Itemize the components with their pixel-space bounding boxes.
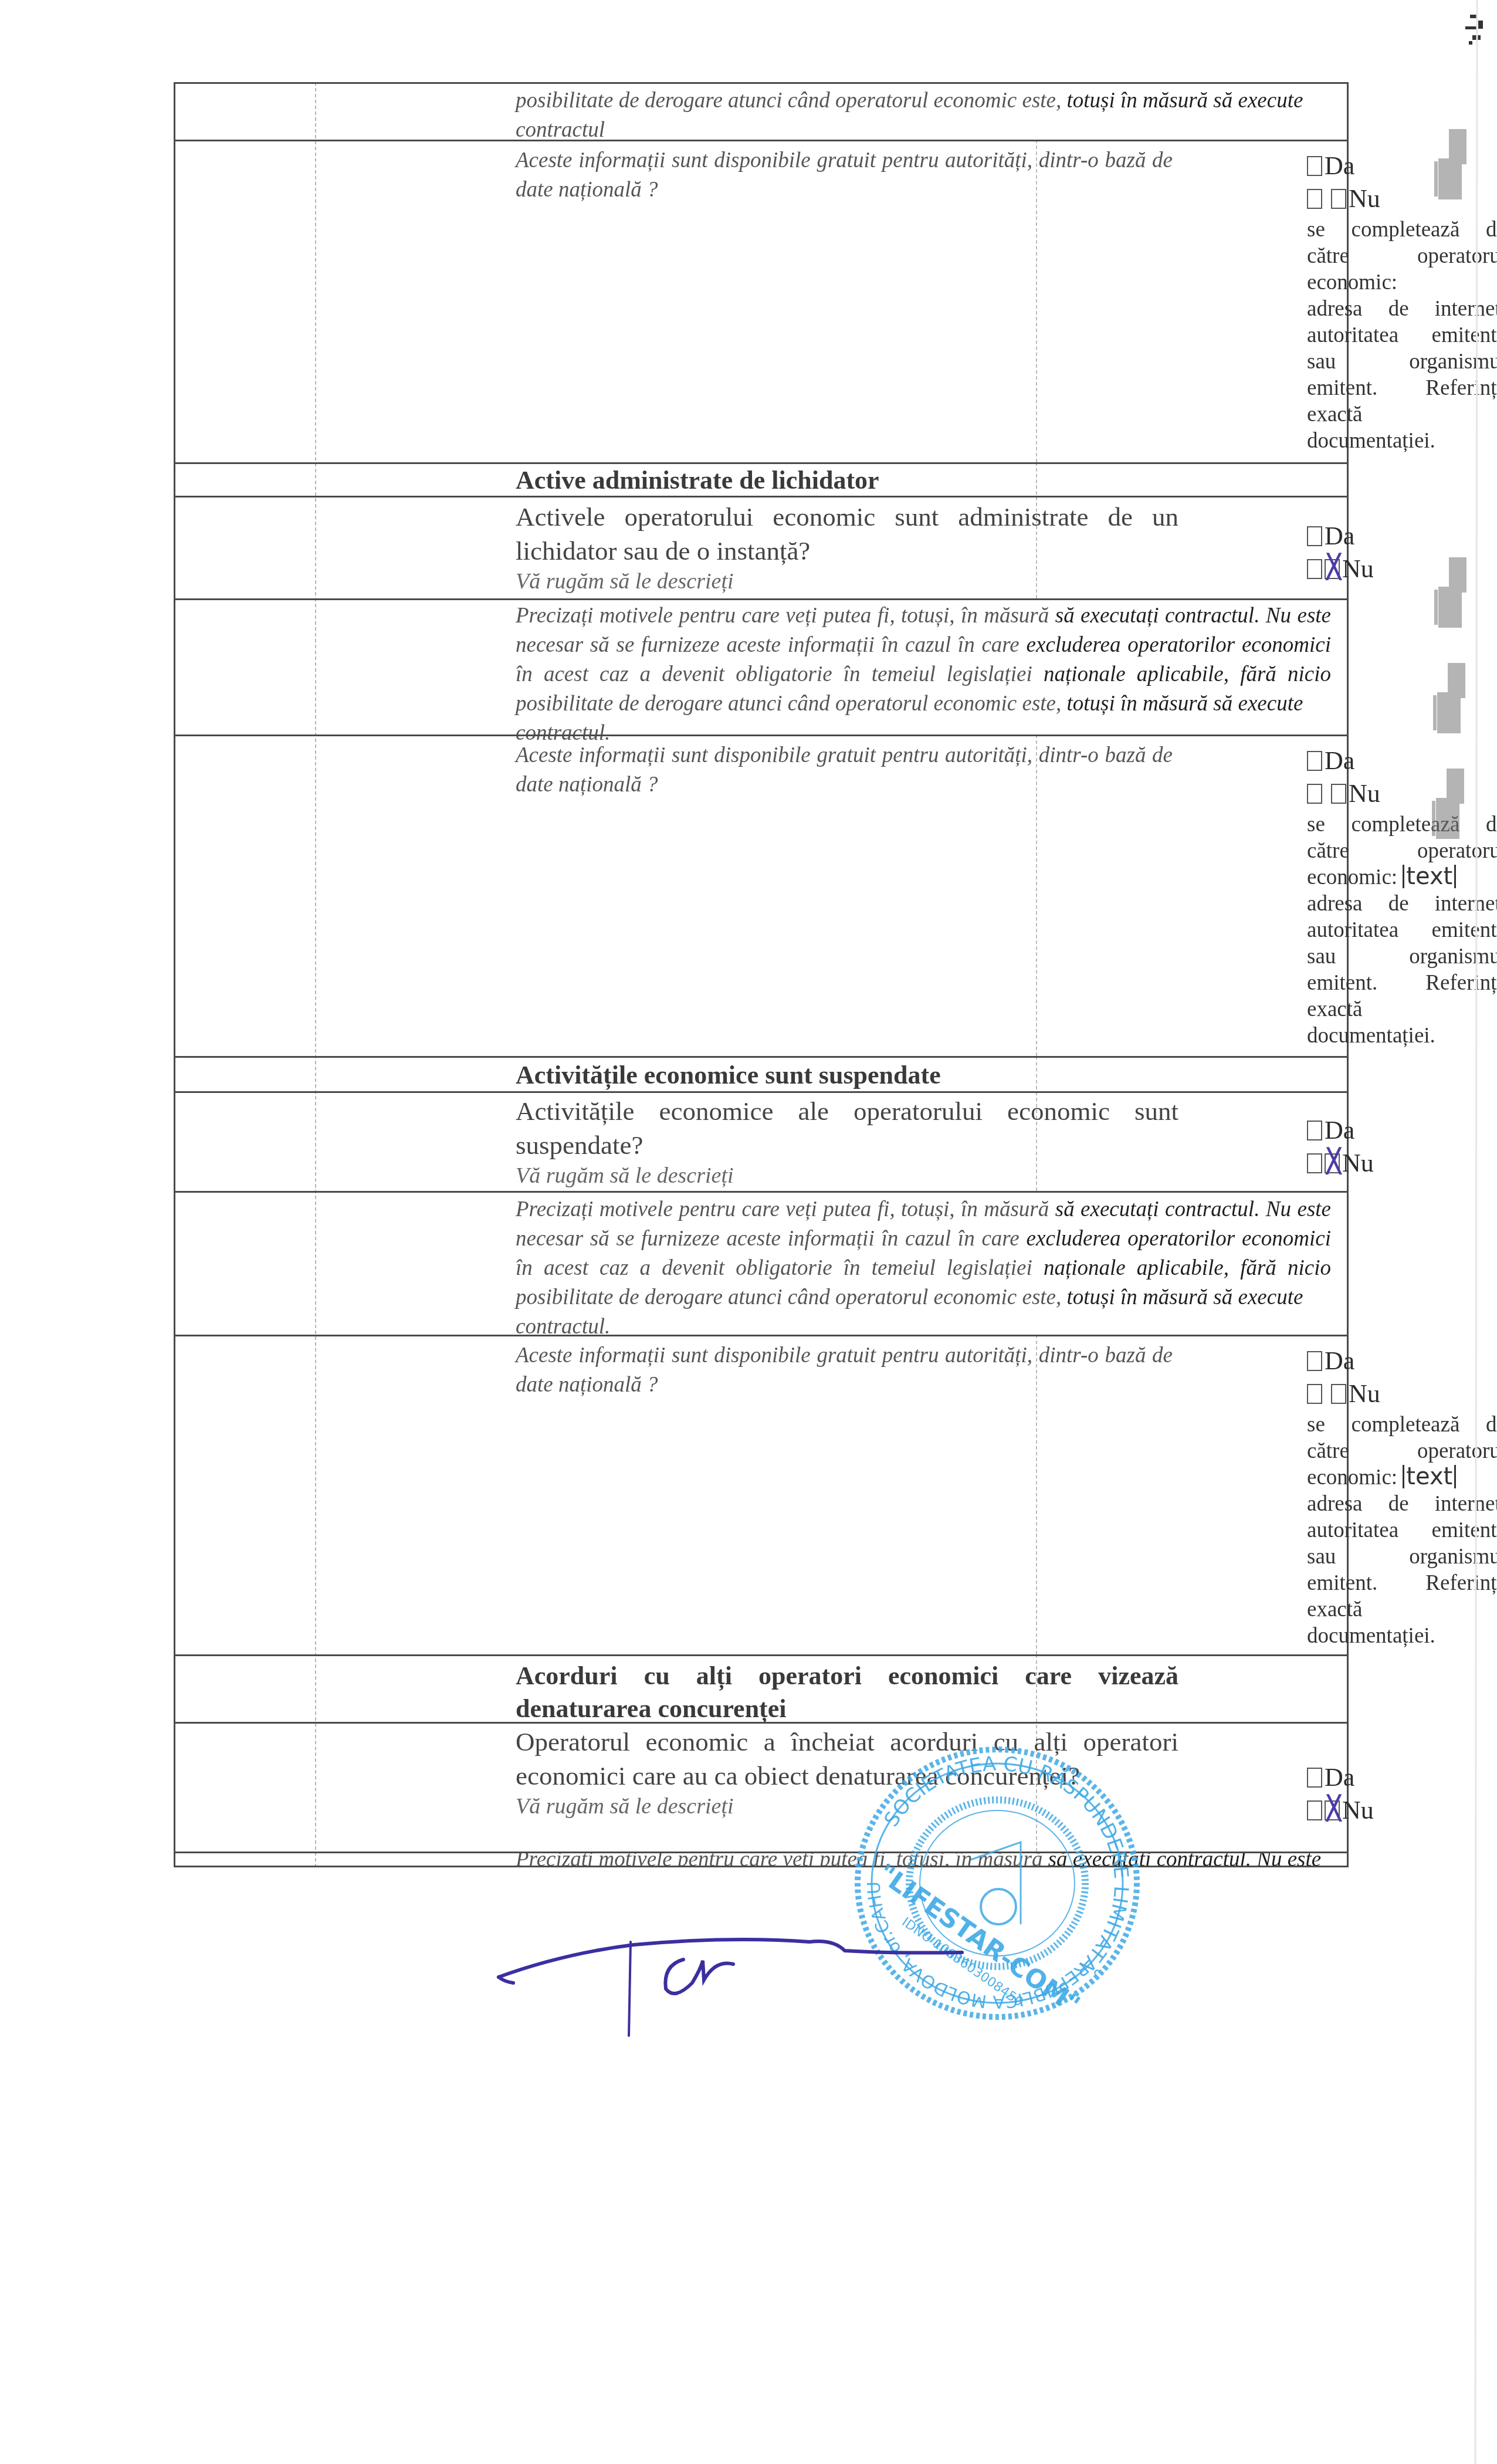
checkbox[interactable] — [1307, 751, 1322, 771]
checkbox[interactable] — [1307, 189, 1322, 209]
table-row: Precizați motivele pentru care veți pute… — [174, 1191, 1348, 1335]
availability-question: Aceste informații sunt disponibile gratu… — [516, 1341, 1173, 1400]
table-row: Activitățile economice ale operatorului … — [174, 1091, 1348, 1191]
checkbox-checked[interactable] — [1325, 1800, 1340, 1820]
table-row: Acorduri cu alți operatori economici car… — [174, 1654, 1348, 1722]
section-heading: Active administrate de lichidator — [516, 464, 1178, 497]
table-row: Operatorul economic a încheiat acorduri … — [174, 1722, 1348, 1852]
section-question-block: Activele operatorului economic sunt admi… — [516, 500, 1178, 595]
section-question: Activele operatorului economic sunt admi… — [516, 500, 1178, 568]
section-hint: Vă rugăm să le descrieți — [516, 568, 1178, 595]
table-row: Precizați motivele pentru care veți pute… — [174, 598, 1348, 735]
table-row: posibilitate de derogare atunci când ope… — [174, 82, 1348, 140]
checkbox[interactable] — [1331, 189, 1346, 209]
checkbox[interactable] — [1307, 1121, 1322, 1140]
table-row: Aceste informații sunt disponibile gratu… — [174, 140, 1348, 462]
table-row: Activitățile economice sunt suspendate — [174, 1056, 1348, 1091]
signature — [481, 1924, 1009, 2042]
section-question-block: Activitățile economice ale operatorului … — [516, 1094, 1178, 1189]
table-row: Aceste informații sunt disponibile gratu… — [174, 1335, 1348, 1654]
section-hint: Vă rugăm să le descrieți — [516, 1162, 1178, 1189]
checkbox[interactable] — [1307, 1351, 1322, 1371]
checkbox[interactable] — [1307, 1384, 1322, 1404]
reasons-text: Precizați motivele pentru care veți pute… — [516, 601, 1331, 748]
checkbox-checked[interactable] — [1325, 1153, 1340, 1173]
table-row: Precizați motivele pentru care veți pute… — [174, 1852, 1348, 1867]
checkbox[interactable] — [1331, 784, 1346, 804]
checkbox-checked[interactable] — [1325, 559, 1340, 579]
checkbox[interactable] — [1307, 156, 1322, 176]
section-heading: Activitățile economice sunt suspendate — [516, 1059, 1178, 1092]
checkbox[interactable] — [1307, 1153, 1322, 1173]
table-row: Active administrate de lichidator — [174, 462, 1348, 496]
table-row: Aceste informații sunt disponibile gratu… — [174, 735, 1348, 1056]
continuation-text: posibilitate de derogare atunci când ope… — [516, 86, 1331, 145]
scanned-page: posibilitate de derogare atunci când ope… — [0, 0, 1497, 2464]
checkbox[interactable] — [1307, 784, 1322, 804]
availability-question: Aceste informații sunt disponibile gratu… — [516, 741, 1173, 800]
scan-artifacts — [1414, 0, 1497, 2464]
checkbox[interactable] — [1307, 526, 1322, 546]
availability-question: Aceste informații sunt disponibile gratu… — [516, 146, 1173, 205]
table-row: Activele operatorului economic sunt admi… — [174, 496, 1348, 598]
checkbox[interactable] — [1307, 1768, 1322, 1788]
checkbox[interactable] — [1307, 559, 1322, 579]
section-heading: Acorduri cu alți operatori economici car… — [516, 1660, 1178, 1725]
checkbox[interactable] — [1331, 1384, 1346, 1404]
reasons-text: Precizați motivele pentru care veți pute… — [516, 1195, 1331, 1342]
section-question: Activitățile economice ale operatorului … — [516, 1094, 1178, 1162]
checkbox[interactable] — [1307, 1800, 1322, 1820]
